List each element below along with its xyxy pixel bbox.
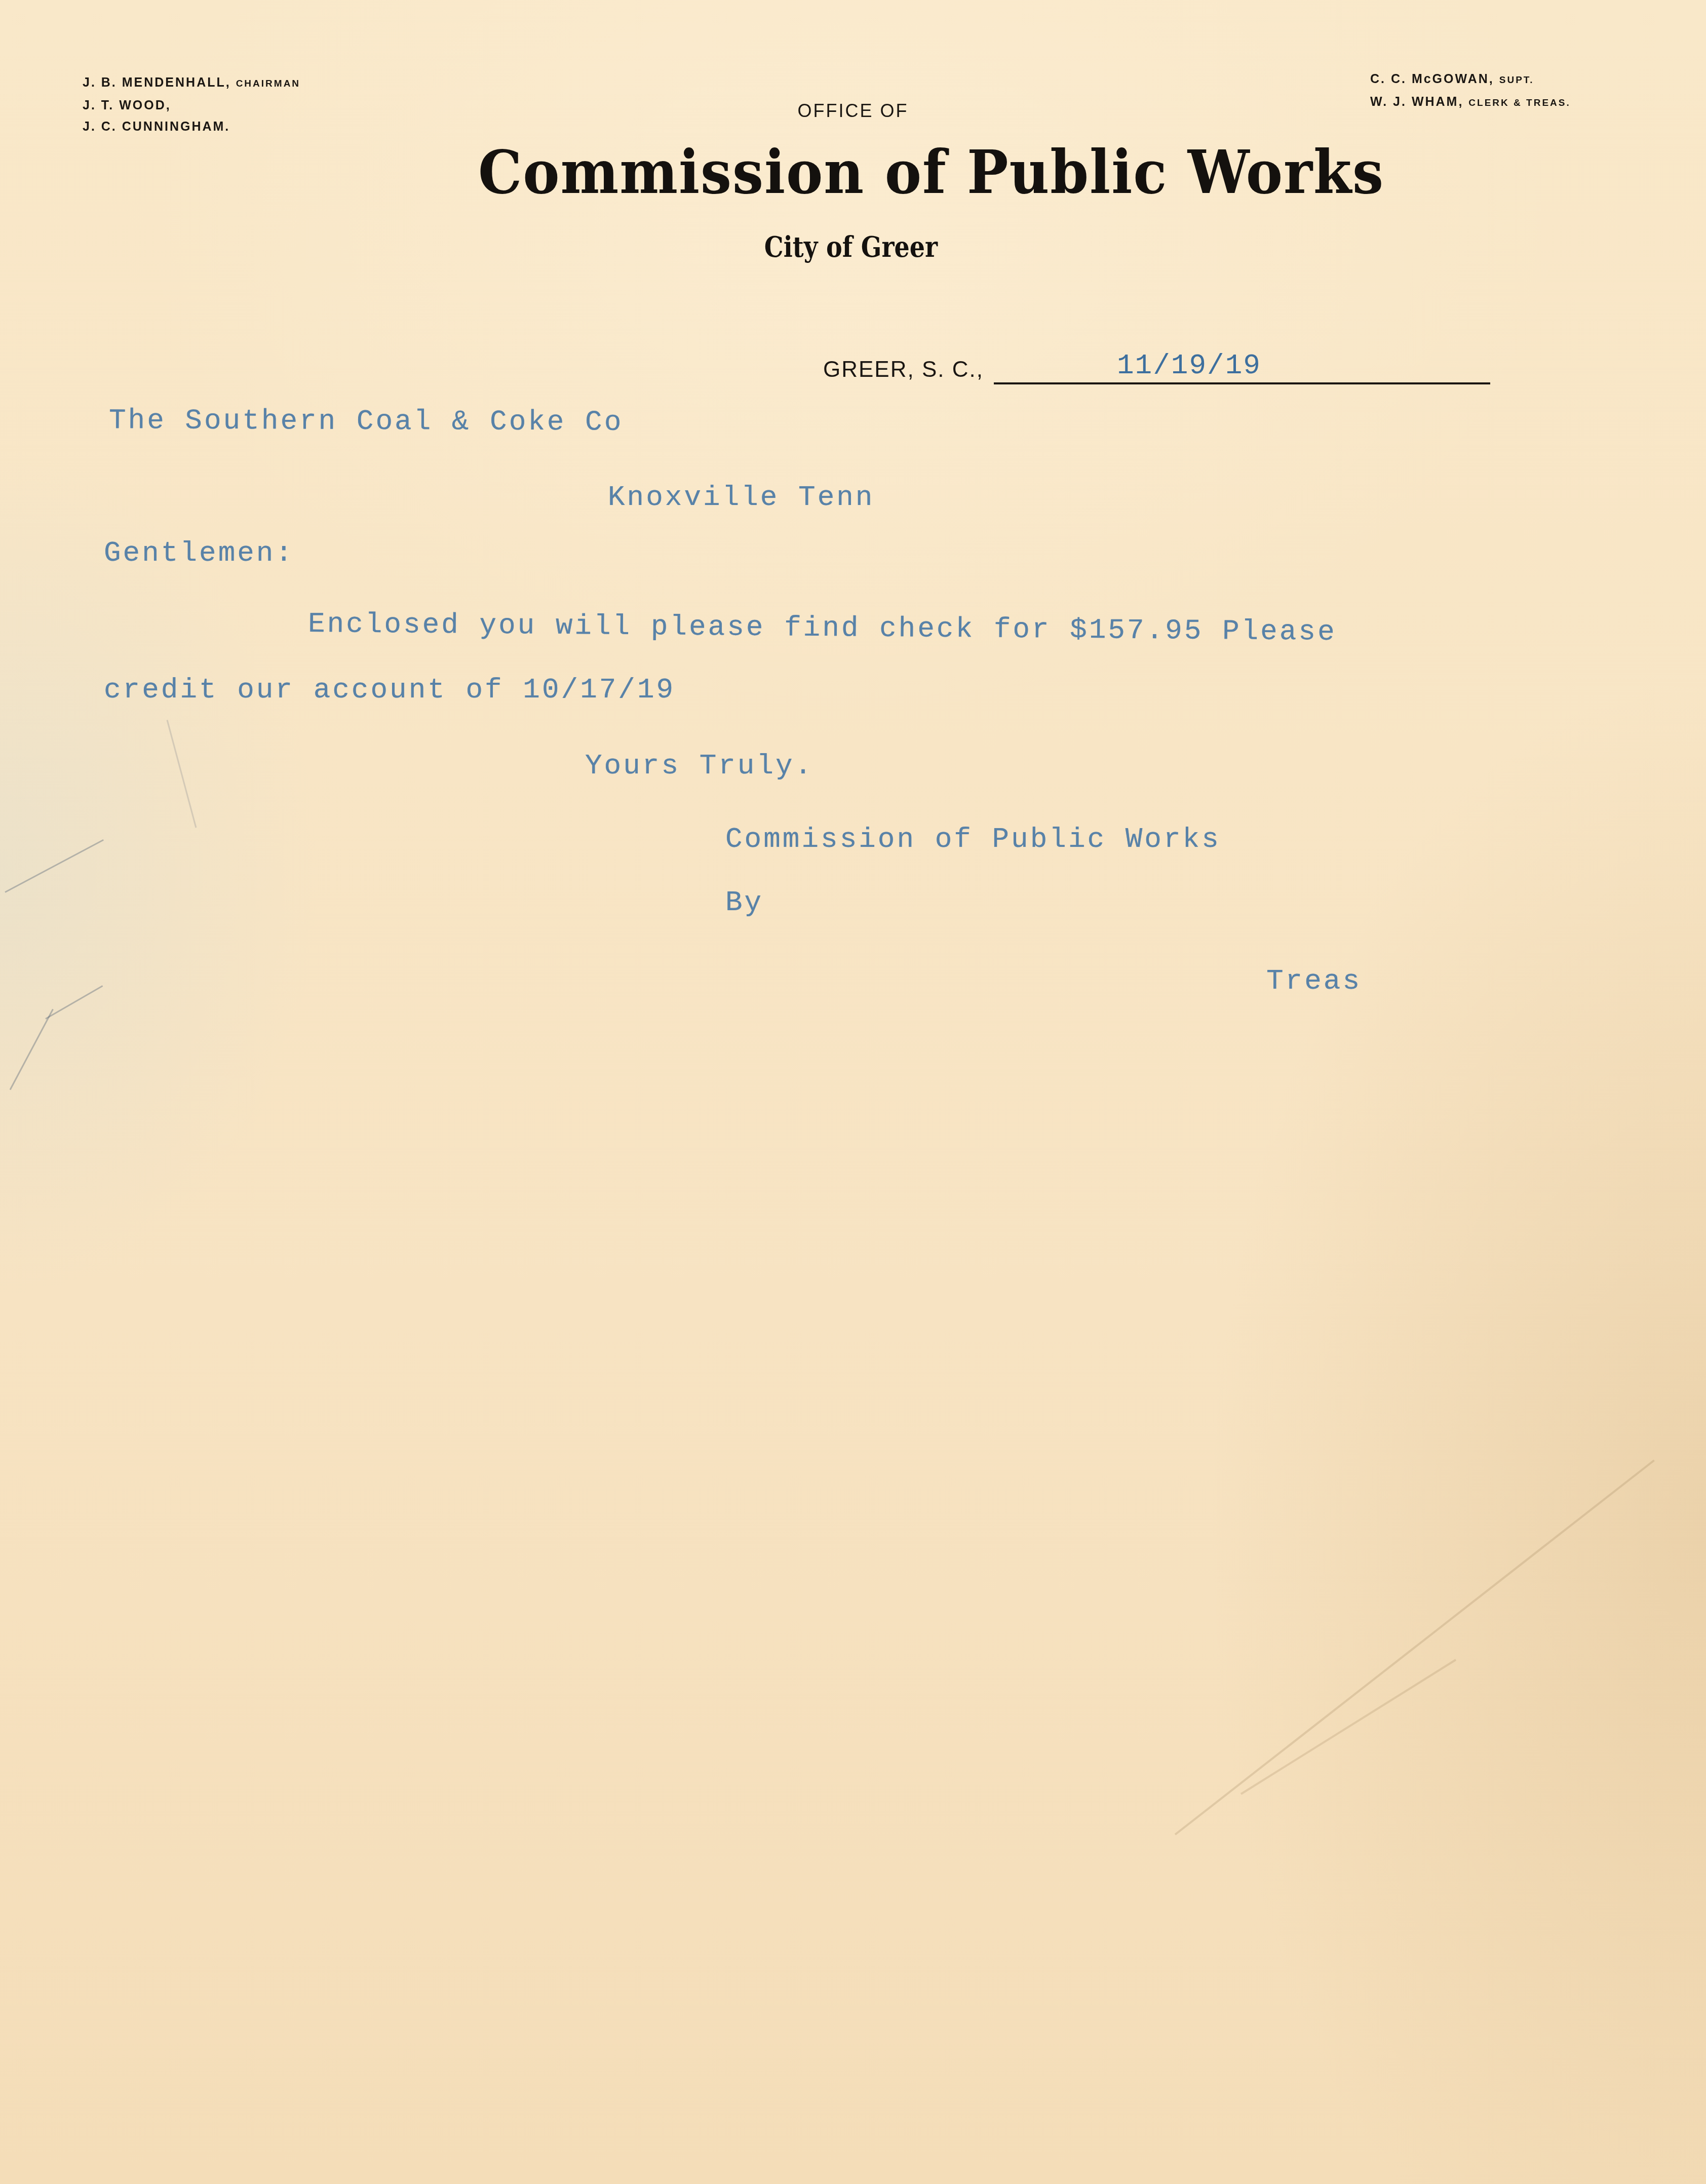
letterhead-title: Commission of Public Works bbox=[478, 137, 1224, 207]
paper-crease bbox=[1240, 1659, 1456, 1795]
dateline-label: GREER, S. C., bbox=[823, 357, 984, 382]
pencil-mark bbox=[45, 985, 103, 1020]
signature-title: Treas bbox=[1266, 965, 1362, 997]
pencil-mark bbox=[10, 1009, 54, 1090]
officer-name: J. C. CUNNINGHAM. bbox=[83, 120, 230, 134]
recipient-city: Knoxville Tenn bbox=[608, 481, 874, 514]
signature-by: By bbox=[725, 886, 763, 919]
officer-line: C. C. McGOWAN, SUPT. bbox=[1370, 68, 1571, 91]
pencil-mark bbox=[167, 720, 197, 828]
closing: Yours Truly. bbox=[585, 750, 813, 782]
paper-crease bbox=[1175, 1460, 1655, 1836]
salutation: Gentlemen: bbox=[104, 537, 294, 569]
body-line-1: Enclosed you will please find check for … bbox=[308, 608, 1337, 648]
officer-name: C. C. McGOWAN, bbox=[1370, 72, 1494, 86]
officer-role: SUPT. bbox=[1499, 75, 1534, 86]
officer-line: J. B. MENDENHALL, CHAIRMAN bbox=[83, 72, 300, 95]
pencil-mark bbox=[5, 839, 104, 893]
signature-organization: Commission of Public Works bbox=[725, 823, 1221, 855]
recipient-name: The Southern Coal & Coke Co bbox=[109, 404, 624, 439]
body-line-2: credit our account of 10/17/19 bbox=[104, 674, 675, 706]
officer-role: CHAIRMAN bbox=[236, 79, 300, 89]
letterhead-subtitle: City of Greer bbox=[507, 230, 1195, 264]
letter-date: 11/19/19 bbox=[1117, 349, 1261, 382]
letter-page: J. B. MENDENHALL, CHAIRMAN J. T. WOOD, J… bbox=[0, 0, 1706, 2184]
officer-name: J. B. MENDENHALL, bbox=[83, 75, 231, 90]
office-of-label: OFFICE OF bbox=[0, 100, 1706, 122]
date-underline bbox=[994, 382, 1490, 384]
